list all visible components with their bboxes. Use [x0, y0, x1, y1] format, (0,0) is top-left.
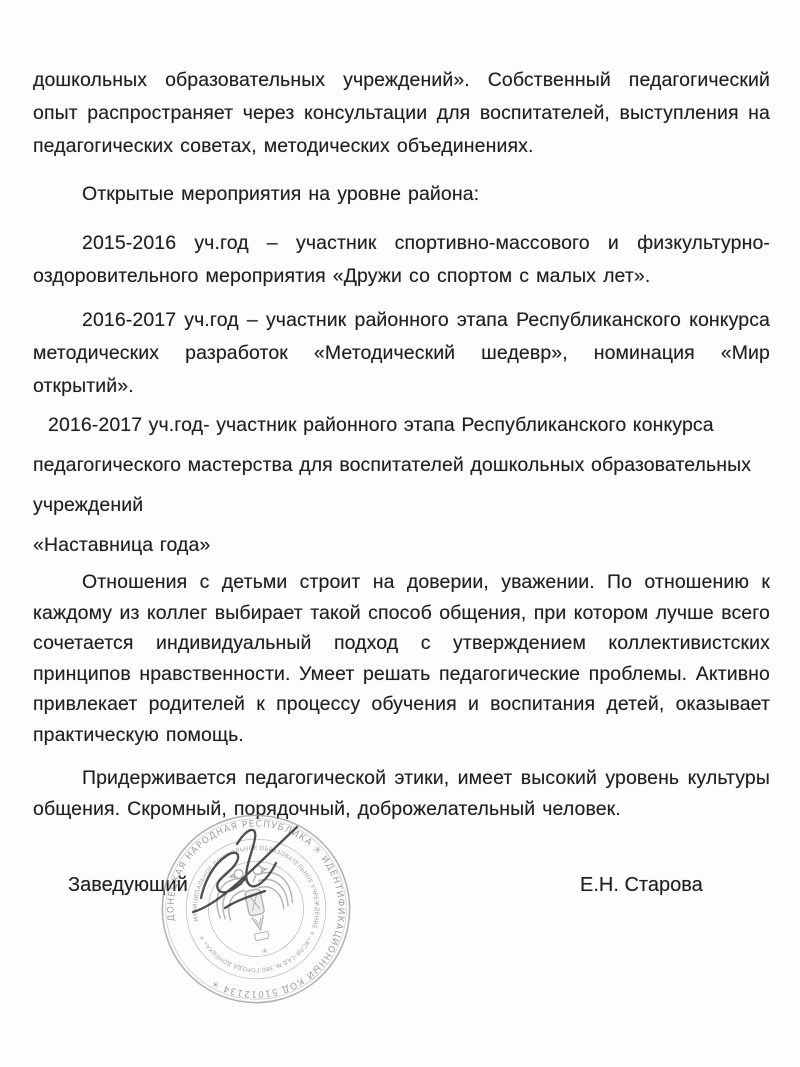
signature — [183, 818, 323, 926]
stamp-center-mark: ✳ — [261, 946, 270, 956]
paragraph-relations: Отношения с детьми строит на доверии, ув… — [33, 567, 770, 750]
paragraph-ethics: Придерживается педагогической этики, име… — [33, 763, 770, 825]
signature-scribble-icon — [183, 818, 323, 926]
document-body: дошкольных образовательных учреждений». … — [33, 64, 770, 825]
signatory-name: Е.Н. Старова — [580, 874, 703, 897]
paragraph-2015-2016: 2015-2016 уч.год – участник спортивно-ма… — [33, 227, 770, 293]
paragraph-2016-2017-contest: 2016-2017 уч.год – участник районного эт… — [33, 304, 770, 403]
paragraph-open-events-heading: Открытые мероприятия на уровне района: — [33, 178, 770, 211]
document-page: дошкольных образовательных учреждений». … — [0, 0, 800, 1067]
paragraph-2016-2017-mentor: 2016-2017 уч.год- участник районного эта… — [33, 405, 770, 565]
paragraph-experience: дошкольных образовательных учреждений». … — [33, 64, 770, 163]
